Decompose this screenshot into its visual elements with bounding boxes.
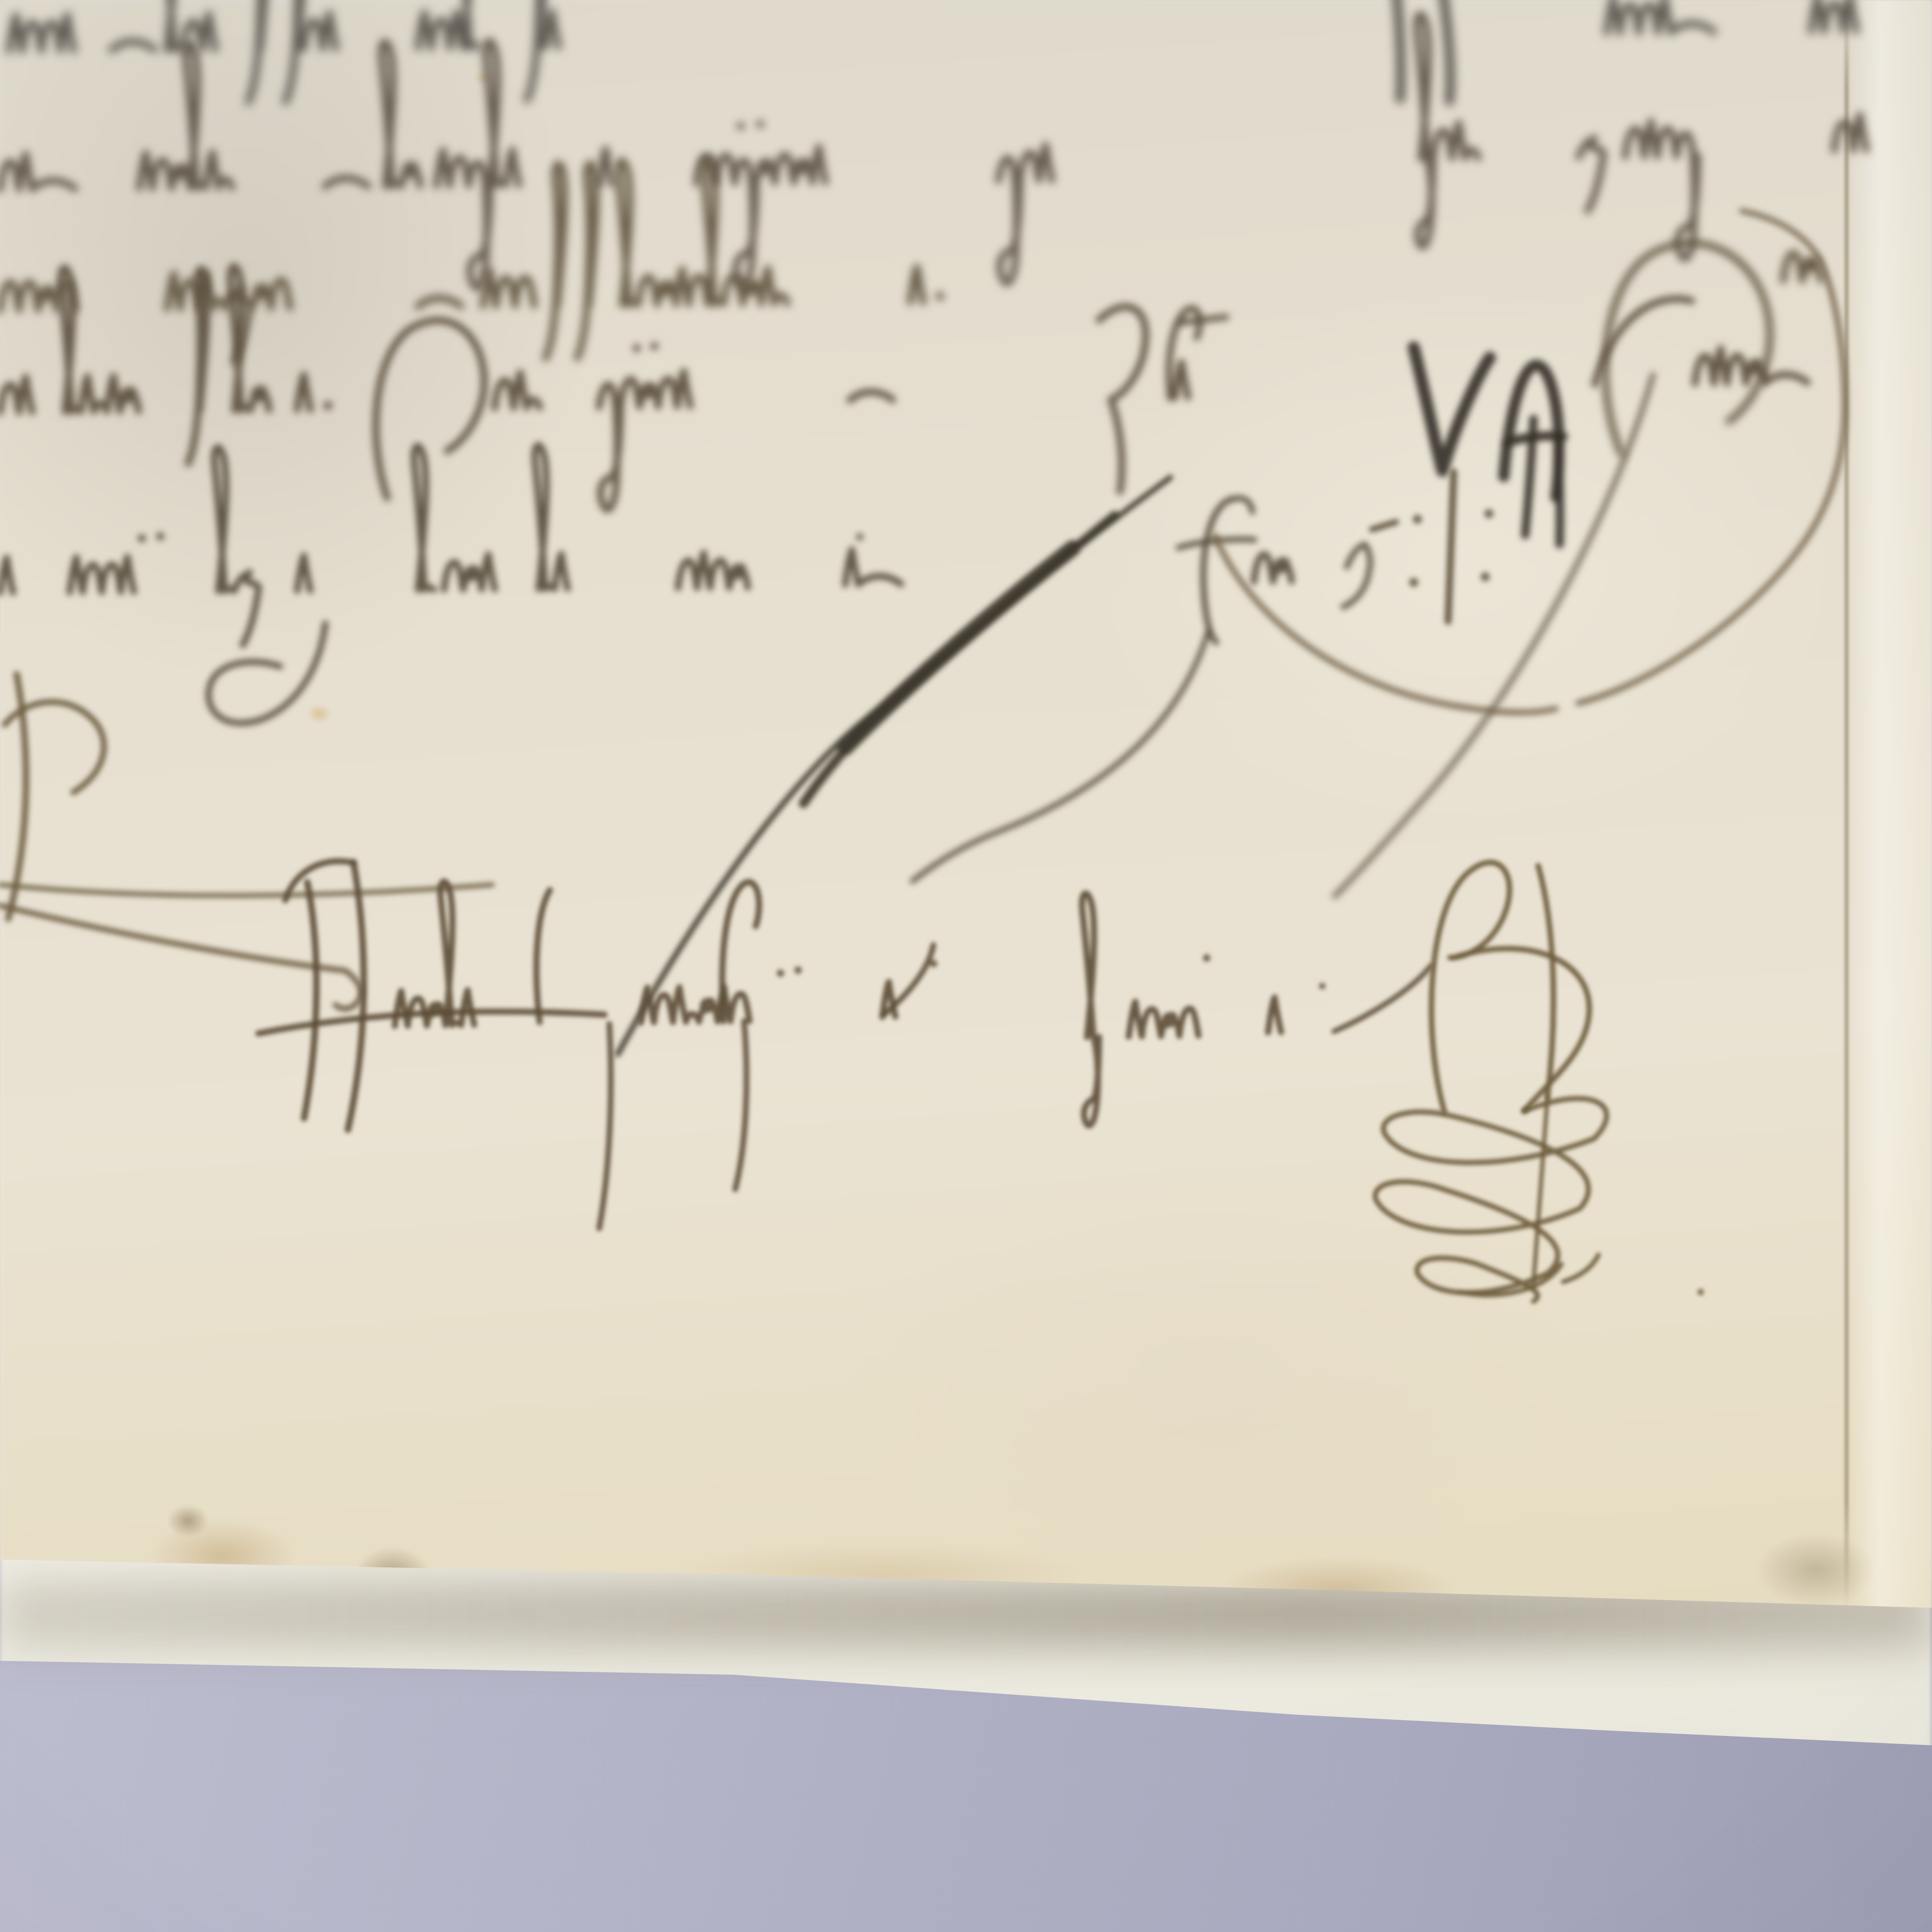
ink-stroke [1081,893,1100,1125]
ink-stroke [494,372,540,408]
ink-stroke [575,163,597,358]
ink-stroke [1606,0,1714,33]
ink-stroke [1695,347,1808,383]
ink-stroke [0,906,361,1009]
ink-stroke [1558,437,1560,544]
ink-stroke [1232,498,1253,512]
ink-stroke [678,553,748,588]
ink-stroke [214,447,261,645]
ink-stroke [1538,866,1553,1097]
ink-dot [935,292,945,301]
ink-stroke [640,986,750,1022]
ink-stroke [599,149,612,184]
ink-stroke [1414,347,1490,471]
ink-stroke [0,154,75,189]
ink-stroke [845,549,901,585]
ink-stroke [1834,115,1867,150]
ink-stroke [418,298,461,307]
ink-stroke [1448,472,1454,621]
ink-stroke [1179,317,1226,323]
handwriting-layer [0,0,1932,1932]
ink-stroke [911,629,1211,881]
ink-stroke [0,885,492,895]
ink-stroke [0,377,32,412]
ink-stroke [535,890,552,1022]
ink-dot [1409,578,1418,587]
manuscript-line-3 [0,150,1822,468]
ink-dot [856,533,863,541]
ink-stroke [596,1024,613,1228]
manuscript-line-2 [0,11,1867,292]
ink-stroke [1175,362,1188,397]
ink-stroke [1333,966,1431,1031]
ink-stroke [208,623,326,723]
ink-stroke [1441,0,1450,101]
ink-stroke [1431,862,1509,1112]
ink-stroke [258,1010,605,1034]
ink-stroke [599,371,691,509]
ink-stroke [1604,242,1771,454]
ink-stroke [910,267,923,302]
flourish-underline [0,885,492,1009]
ink-stroke [325,178,368,186]
ink-stroke [297,556,310,591]
ink-dot [794,966,802,974]
ink-stroke [61,267,138,411]
ink-stroke [186,269,208,463]
signature-paraph-spiral [1375,1097,1704,1301]
ink-stroke [1372,522,1396,529]
ink-stroke [0,558,13,593]
ink-stroke [1267,997,1281,1032]
ink-stroke [1203,499,1233,642]
ink-dot [156,532,164,541]
ink-stroke [1375,1098,1606,1301]
ink-stroke [297,375,310,410]
ink-stroke [1254,554,1292,581]
ink-stroke [301,882,319,1118]
ink-stroke [1396,0,1401,99]
ink-stroke [1215,536,1556,712]
ink-stroke [1783,253,1821,281]
ink-dot [1413,515,1422,524]
ink-stroke [1563,1255,1599,1282]
ink-stroke [344,862,366,1129]
ink-stroke [284,0,336,102]
ink-stroke [1454,949,1589,1111]
ink-dot [137,534,146,542]
flourish-left-margin [5,674,104,919]
ink-stroke [1534,1097,1547,1283]
ink-stroke [247,0,269,102]
ink-stroke [998,145,1053,283]
ink-stroke [375,320,485,498]
ink-dot [1203,954,1210,962]
ink-stroke [1343,545,1371,607]
ink-stroke [526,0,559,100]
photograph-of-manuscript [0,0,1932,1932]
end-mark [1372,472,1494,621]
ink-stroke [850,392,893,400]
manuscript-line-4 [0,253,1812,908]
ink-stroke [9,15,74,51]
ink-stroke [1099,307,1147,492]
ink-dot [777,969,784,977]
ink-stroke [138,43,232,188]
ink-stroke [435,41,520,288]
ink-dot [633,344,641,352]
ink-stroke [414,446,434,590]
ink-stroke [1742,211,1820,259]
ink-stroke [1578,259,1845,703]
ink-stroke [111,41,154,50]
ink-dot [1697,1289,1704,1295]
ink-stroke [444,555,495,590]
ink-stroke [483,270,534,306]
ink-dot [1481,572,1490,581]
manuscript-line-1 [8,0,1857,111]
ink-dot [1319,983,1325,989]
manuscript-line-5 [0,439,1372,888]
ink-stroke [535,445,568,589]
ink-stroke [544,164,566,359]
ink-stroke [1625,121,1699,259]
ink-stroke [1330,374,1658,896]
ink-stroke [393,881,474,1026]
ink-stroke [733,1021,748,1189]
ink-stroke [70,557,134,592]
ink-stroke [381,42,420,186]
ink-dot [737,122,745,130]
signature-line [256,846,1434,1233]
ink-dot [1484,509,1494,518]
ink-stroke [1579,138,1606,211]
ink-stroke [1811,0,1856,31]
signature-monogram [1431,862,1589,1112]
ink-stroke [417,0,479,48]
ink-dot [756,120,764,128]
ink-dot [323,401,333,410]
ink-stroke [618,159,787,305]
ink-stroke [1128,1001,1198,1037]
ink-dot [650,342,659,350]
